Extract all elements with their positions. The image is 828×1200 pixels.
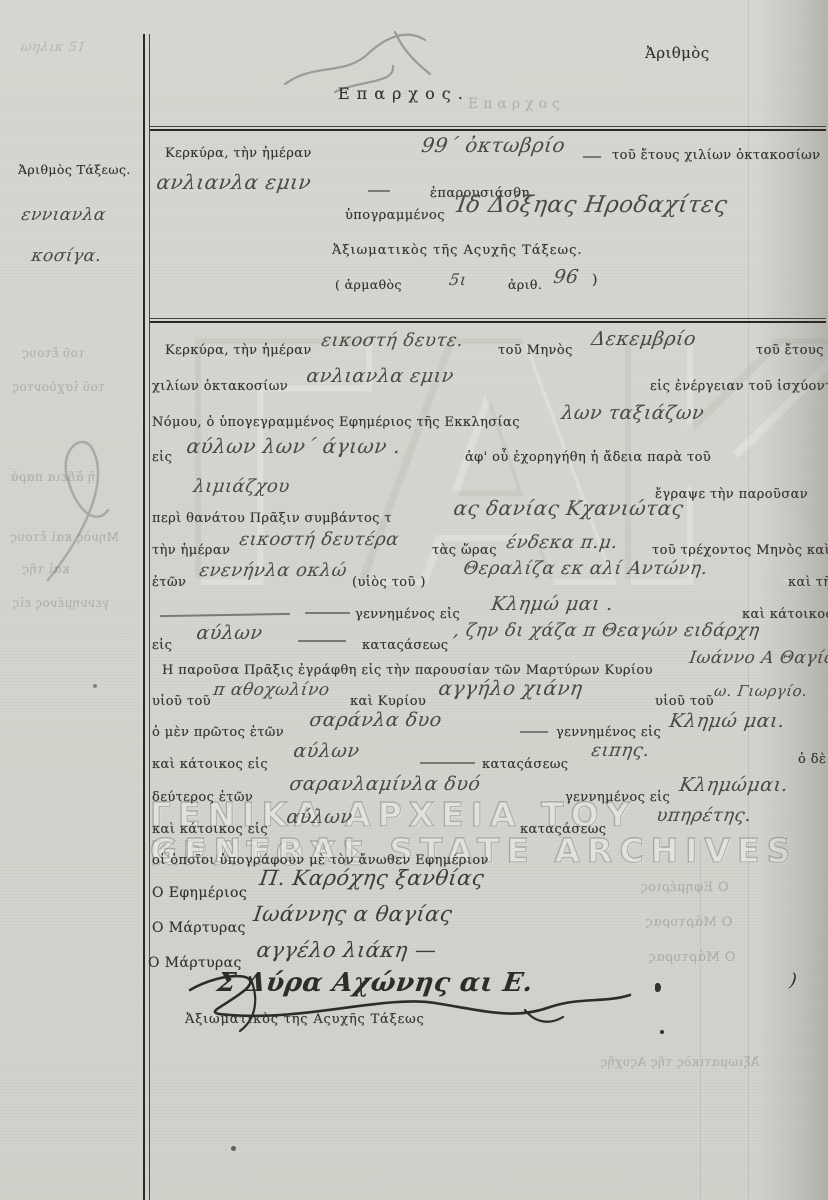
block1-undersigned-label: ὑπογραμμένος [345, 208, 445, 223]
scanned-death-record-page: ΓΑΚ ΓΕΝΙΚΑ ΑΡΧΕΙΑ ΤΟΥ ΚΡΑΤΟΥΣ GENERAL ST… [0, 0, 828, 1200]
body-status-label-1: καταςάσεως [362, 638, 448, 653]
margin-corner-ghost-handwriting: ωηλικ 51 [20, 40, 87, 55]
body-priest-line: Νόμου, ὁ ὑπογεγραμμένος Εφημέριος τῆς Εκ… [152, 415, 520, 430]
bleedthrough-text: τοῦ ἔτους [22, 346, 85, 360]
hw-day: εικοστή δευτε. [320, 330, 465, 351]
body-second-witness-age: δεύτερος ἐτῶν [152, 790, 253, 805]
body-born-in-2: γεννημένος εἰς [556, 725, 661, 740]
body-status-label-3: καταςάσεως [520, 822, 606, 837]
handwritten-dash [520, 731, 548, 733]
hw-church: λων ταξιάζων [560, 402, 706, 424]
body-death-act: περὶ θανάτου Πρᾶξιν συμβάντος τ [152, 511, 392, 526]
body-born-in-3: γεννημένος εἰς [565, 790, 670, 805]
body-born-in-1: γεννημένος εἰς [355, 607, 460, 622]
hw-deceased-name: ας δανίας Κχανιώτας [452, 496, 685, 520]
officer-signature: Σ Δύρα Αχώνης αι Ε. [215, 968, 535, 998]
bleedthrough-text: Ο Μάρτυρας [645, 915, 732, 930]
number-label: Ἀριθμὸς [645, 44, 710, 62]
body-place-date: Κερκύρα, τὴν ἡμέραν [165, 343, 312, 358]
hw-death-hour: ένδεκα π.μ. [505, 532, 619, 553]
hw-year-words: ανλιανλα εμιν [305, 365, 455, 387]
handwritten-dash [368, 190, 390, 192]
block1-year-label: τοῦ ἔτους χιλίων ὀκτακοσίων [612, 148, 820, 163]
order-number-label: Ἀριθμὸς Τάξεως. [18, 162, 131, 177]
hw-status-1: , ζην δι χάζα π Θεαγών ειδάρχη [452, 620, 761, 641]
bleedthrough-text: γεννημένος εἰς [12, 596, 109, 610]
hw-witness1-father: π αθοχωλίνο [212, 680, 331, 700]
hw-authority: λιμιάζχου [192, 476, 291, 497]
body-resident-2: καὶ κάτοικος εἰς [152, 822, 268, 837]
priest-label: Ο Εφημέριος [152, 885, 247, 901]
block1-place-date-label: Κερκύρα, τὴν ἡμέραν [165, 146, 312, 161]
body-son-of: (υἱὸς τοῦ ) [352, 575, 426, 590]
hw-witness2-name: αγγήλο χιάνη [437, 676, 584, 700]
body-eis-2: εἰς [152, 638, 172, 653]
body-and-of: καὶ τῆς [788, 575, 828, 590]
hw-birthplace-1: Κλημώ μαι . [490, 593, 615, 615]
body-day-label: τὴν ἡμέραν [152, 543, 230, 558]
bleedthrough-text: Ο Μάρτυρας [648, 950, 735, 965]
ink-speck [660, 1030, 664, 1034]
order-number-handwritten-2: κοσίγα. [30, 246, 103, 266]
file-number-handwritten: 96 [552, 266, 580, 288]
hw-witness1-status: ειπης. [590, 740, 651, 761]
body-current-month: τοῦ τρέχοντος Μηνὸς καὶ ἔτους [652, 543, 828, 558]
bleedthrough-text: τοῦ ἰσχύοντος [12, 380, 105, 394]
body-month-label: τοῦ Μηνὸς [498, 343, 573, 358]
handwritten-dash [305, 612, 350, 614]
body-and-mister: καὶ Κυρίου [350, 694, 426, 709]
hw-month: Δεκεμβρίο [590, 328, 698, 350]
witness1-label: Ο Μάρτυρας [152, 920, 246, 936]
hw-witness2-status: υπηρέτης. [655, 805, 753, 826]
ink-speck [655, 983, 661, 992]
hw-parish-place: αύλων λων΄ άγιων . [185, 434, 403, 458]
hw-witness2-age: σαρανλαμίνλα δυό [288, 773, 482, 795]
handwritten-dash [420, 762, 475, 764]
body-year-label: τοῦ ἔτους [756, 343, 824, 358]
hw-deceased-age: ενενήνλα οκλώ [198, 560, 348, 581]
body-o-de: ὁ δὲ [798, 752, 826, 767]
file-bundle-label: ( ἁρμαθὸς [335, 277, 402, 292]
body-resident-1: καὶ κάτοικος εἰς [152, 757, 268, 772]
handwritten-dash [583, 156, 601, 158]
hw-death-day: εικοστή δευτέρα [238, 529, 400, 550]
body-thousand: χιλίων ὀκτακοσίων [152, 379, 288, 394]
file-number-label: ἀριθ. [508, 277, 542, 292]
paper-fold-line-right [748, 0, 749, 1200]
block1-officer-title: Ἀξιωματικὸς τῆς Αςυχῆς Τάξεως. [332, 243, 583, 258]
priest-signature: Π. Καρόχης ξανθίας [258, 866, 486, 890]
block1-handwritten-day: 99΄ ὀκτωβρίο [420, 133, 567, 157]
hw-residence-1: αύλων [195, 622, 264, 644]
hw-witness2-birthplace: Κλημώμαι. [678, 774, 790, 796]
hw-witness1-age: σαράνλα δυο [308, 709, 443, 731]
left-margin-double-rule [143, 34, 150, 1200]
body-eis-1: εἰς [152, 450, 172, 465]
ink-speck [231, 1146, 236, 1151]
file-bundle-handwritten: 5ι [448, 270, 468, 289]
ink-speck [93, 684, 97, 688]
block1-officer-signature: Ιδ Δόξηας Ηροδαχίτες [455, 192, 729, 218]
body-age-label: ἐτῶν [152, 575, 186, 590]
body-permission: ἀφ' οὗ ἐχορηγήθη ἡ ἄδεια παρὰ τοῦ [465, 450, 711, 465]
body-first-witness-age: ὁ μὲν πρῶτος ἐτῶν [152, 725, 284, 740]
officer-caption: Ἀξιωματικὸς τῆς Αςυχῆς Τάξεως [185, 1012, 425, 1027]
body-status-label-2: καταςάσεως [482, 757, 568, 772]
hw-witness2-father: ω. Γιωργίο. [713, 682, 809, 700]
eparchos-title: Επαρχος. [338, 84, 470, 103]
body-hours-label: τὰς ὥρας [432, 543, 497, 558]
bleedthrough-text: καὶ τῆς [22, 562, 69, 576]
order-number-handwritten-1: εννιανλα [20, 205, 107, 225]
hw-witness1-residence: αύλων [292, 740, 361, 762]
witness1-signature: Ιωάννης α θαγίας [252, 902, 454, 926]
body-son-of-2: υἱοῦ τοῦ [655, 694, 714, 709]
eparchos-ghost: Επαρχος [468, 96, 565, 112]
hw-witness1-name: Ιωάννο Α Θαγίω [688, 648, 828, 668]
bleedthrough-text: Ο Εφημέριος [640, 880, 729, 895]
top-section-rule [150, 126, 826, 133]
stray-ink-mark: ) [788, 970, 798, 991]
block1-handwritten-year: ανλιανλα εμιν [155, 170, 313, 194]
hw-witness1-birthplace: Κλημώ μαι. [668, 710, 786, 732]
hw-father-name: Θεραλίζα εκ αλί Αντώνη. [462, 558, 709, 579]
witness2-signature: αγγέλο λιάκη — [255, 938, 438, 962]
body-son-of-1: υἱοῦ τοῦ [152, 694, 211, 709]
hw-witness2-residence: αύλων [285, 806, 354, 828]
bleedthrough-text: Μηνὸς καὶ ἔτους [10, 530, 119, 544]
bleedthrough-text: ἡ ἄδεια παρὰ [10, 470, 95, 484]
handwritten-dash [298, 640, 346, 642]
body-section-rule [150, 318, 826, 325]
body-law-intro: εἰς ἐνέργειαν τοῦ ἰσχύοντος [650, 379, 828, 394]
file-close-paren: ) [592, 272, 598, 288]
bleedthrough-text: Ἀξιωματικὸς τῆς Αςυχῆς [600, 1055, 759, 1069]
